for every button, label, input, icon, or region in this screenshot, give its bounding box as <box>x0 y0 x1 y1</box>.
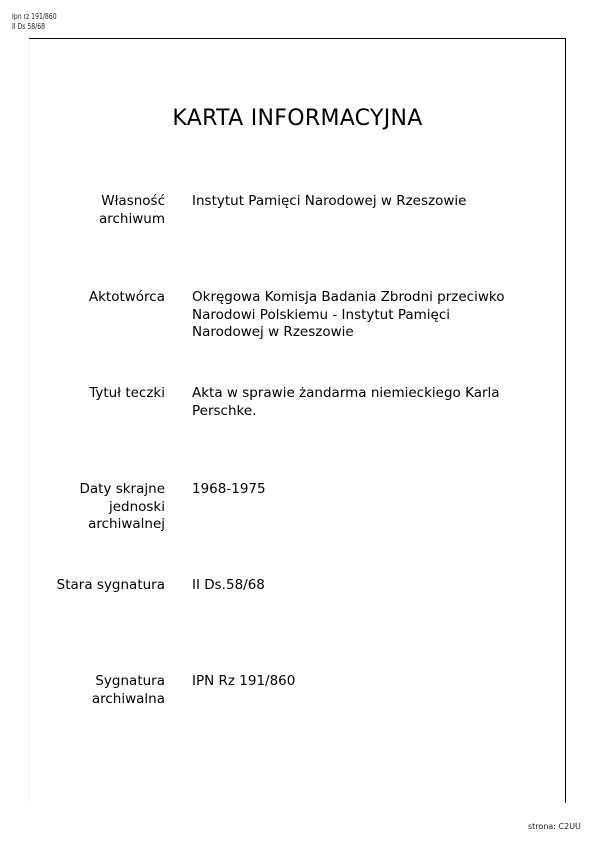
document-reference: Ipn rz 191/860 II Ds 58/68 <box>12 12 57 32</box>
page-title: KARTA INFORMACYJNA <box>0 106 595 131</box>
field-value: Okręgowa Komisja Badania Zbrodni przeciw… <box>192 289 512 342</box>
page-number: strona: C2UU <box>528 822 581 831</box>
field-label: Sygnatura archiwalna <box>75 673 165 708</box>
reference-line-ipn: Ipn rz 191/860 <box>12 12 57 22</box>
field-value: Instytut Pamięci Narodowej w Rzeszowie <box>192 193 537 211</box>
field-value: IPN Rz 191/860 <box>192 673 537 691</box>
reference-line-old: II Ds 58/68 <box>12 22 57 32</box>
field-label: Stara sygnatura <box>5 577 165 595</box>
field-value: Akta w sprawie żandarma niemieckiego Kar… <box>192 385 537 420</box>
field-label: Aktotwórca <box>5 289 165 307</box>
field-label: Daty skrajne jednoski archiwalnej <box>55 481 165 534</box>
frame-left-border <box>28 38 29 803</box>
frame-top-border <box>28 38 566 39</box>
field-value: II Ds.58/68 <box>192 577 537 595</box>
frame-right-border <box>565 38 566 803</box>
field-value: 1968-1975 <box>192 481 537 499</box>
field-label: Tytuł teczki <box>5 385 165 403</box>
field-label: Własnośćarchiwum <box>5 193 165 228</box>
